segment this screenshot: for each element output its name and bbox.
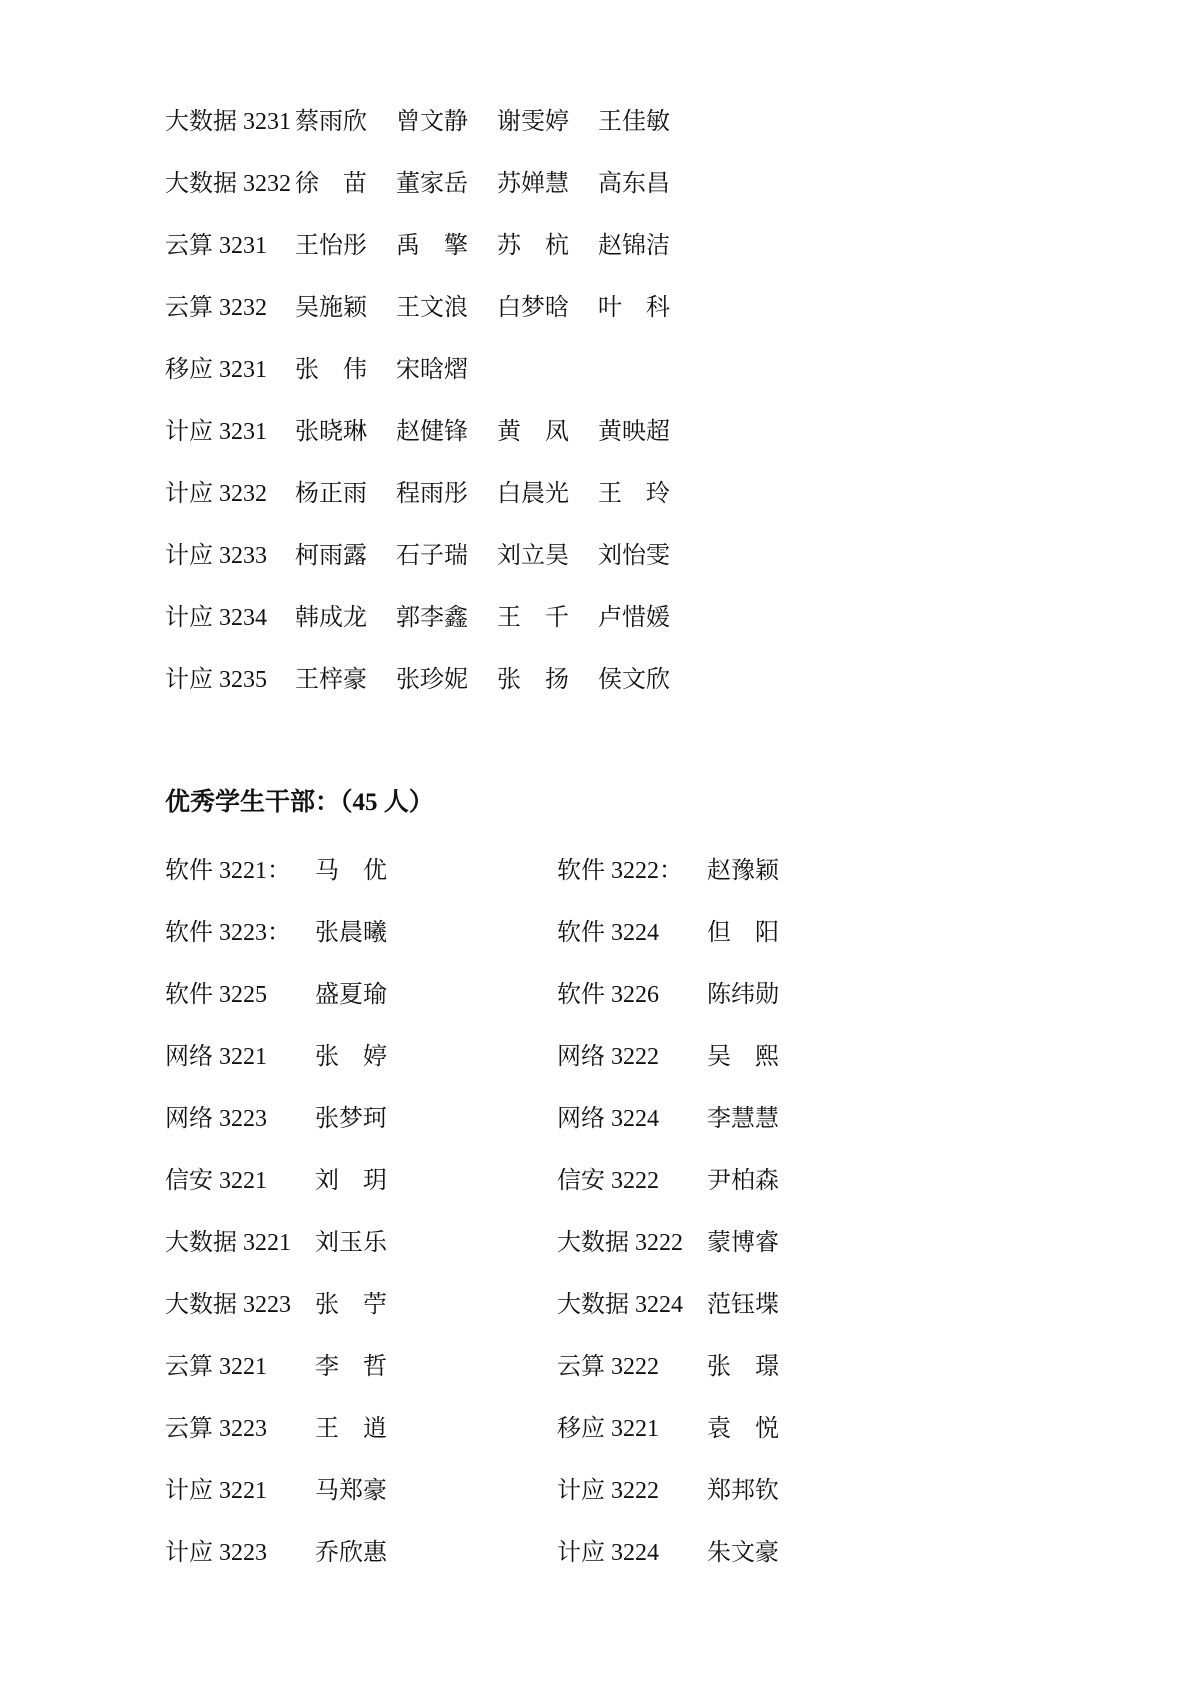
award-row: 计应 3233柯雨露石子瑞刘立昊刘怡雯 — [165, 521, 1065, 583]
student-name: 杨正雨 — [295, 473, 396, 508]
student-name: 蒙博睿 — [707, 1222, 779, 1257]
class-label: 大数据 3223 — [165, 1284, 315, 1319]
student-name: 王梓豪 — [295, 659, 396, 694]
class-label: 软件 3223： — [165, 912, 315, 947]
student-name: 高东昌 — [598, 163, 699, 198]
student-name: 黄映超 — [598, 411, 699, 446]
student-name: 张 璟 — [707, 1346, 779, 1381]
student-name: 张 苧 — [315, 1284, 387, 1319]
student-name: 盛夏瑜 — [315, 974, 387, 1009]
cadre-row: 云算 3223王 逍移应 3221袁 悦 — [165, 1394, 1115, 1456]
student-name: 王 逍 — [315, 1408, 387, 1443]
student-name: 张 婷 — [315, 1036, 387, 1071]
class-label: 大数据 3231 — [165, 101, 295, 136]
student-name: 赵健锋 — [396, 411, 497, 446]
cadre-cell-right: 大数据 3224范钰堞 — [557, 1284, 1115, 1319]
cadre-row: 网络 3223张梦珂网络 3224李慧慧 — [165, 1084, 1115, 1146]
class-label: 计应 3234 — [165, 597, 295, 632]
cadre-row: 计应 3221马郑豪计应 3222郑邦钦 — [165, 1456, 1115, 1518]
cadre-cell-right: 计应 3224朱文豪 — [557, 1532, 1115, 1567]
class-label: 大数据 3222 — [557, 1222, 707, 1257]
cadre-cell-left: 云算 3223王 逍 — [165, 1408, 557, 1443]
class-label: 大数据 3224 — [557, 1284, 707, 1319]
class-label: 软件 3226 — [557, 974, 707, 1009]
student-name: 朱文豪 — [707, 1532, 779, 1567]
cadre-row: 软件 3221：马 优软件 3222：赵豫颖 — [165, 836, 1115, 898]
cadre-cell-left: 软件 3221：马 优 — [165, 850, 557, 885]
class-label: 计应 3231 — [165, 411, 295, 446]
award-row: 大数据 3232徐 苗董家岳苏婵慧高东昌 — [165, 149, 1065, 211]
cadre-cell-right: 大数据 3222蒙博睿 — [557, 1222, 1115, 1257]
student-name: 袁 悦 — [707, 1408, 779, 1443]
class-label: 云算 3222 — [557, 1346, 707, 1381]
class-label: 计应 3222 — [557, 1470, 707, 1505]
section-heading-outstanding-student-cadres: 优秀学生干部：（45 人） — [165, 782, 434, 818]
cadre-row: 大数据 3221刘玉乐大数据 3222蒙博睿 — [165, 1208, 1115, 1270]
class-label: 计应 3232 — [165, 473, 295, 508]
cadre-cell-left: 软件 3225盛夏瑜 — [165, 974, 557, 1009]
cadre-row: 大数据 3223张 苧大数据 3224范钰堞 — [165, 1270, 1115, 1332]
class-label: 计应 3223 — [165, 1532, 315, 1567]
cadre-cell-left: 云算 3221李 哲 — [165, 1346, 557, 1381]
award-row: 计应 3232杨正雨程雨彤白晨光王 玲 — [165, 459, 1065, 521]
class-label: 云算 3223 — [165, 1408, 315, 1443]
student-name: 郭李鑫 — [396, 597, 497, 632]
student-name: 蔡雨欣 — [295, 101, 396, 136]
cadre-cell-left: 信安 3221刘 玥 — [165, 1160, 557, 1195]
student-name: 马郑豪 — [315, 1470, 387, 1505]
cadre-cell-right: 云算 3222张 璟 — [557, 1346, 1115, 1381]
cadre-cell-right: 网络 3224李慧慧 — [557, 1098, 1115, 1133]
cadre-cell-left: 网络 3221张 婷 — [165, 1036, 557, 1071]
class-label: 计应 3233 — [165, 535, 295, 570]
class-label: 软件 3224 — [557, 912, 707, 947]
cadre-cell-left: 软件 3223：张晨曦 — [165, 912, 557, 947]
class-label: 信安 3222 — [557, 1160, 707, 1195]
class-label: 大数据 3232 — [165, 163, 295, 198]
student-name: 陈纬勋 — [707, 974, 779, 1009]
student-name: 赵豫颖 — [707, 850, 779, 885]
cadre-row: 软件 3225盛夏瑜软件 3226陈纬勋 — [165, 960, 1115, 1022]
student-name: 张晓琳 — [295, 411, 396, 446]
cadre-row: 云算 3221李 哲云算 3222张 璟 — [165, 1332, 1115, 1394]
class-label: 信安 3221 — [165, 1160, 315, 1195]
student-name: 韩成龙 — [295, 597, 396, 632]
class-label: 云算 3232 — [165, 287, 295, 322]
student-name: 张梦珂 — [315, 1098, 387, 1133]
student-name: 郑邦钦 — [707, 1470, 779, 1505]
cadre-row: 计应 3223乔欣惠计应 3224朱文豪 — [165, 1518, 1115, 1580]
student-name: 王 千 — [497, 597, 598, 632]
class-label: 移应 3221 — [557, 1408, 707, 1443]
award-row: 大数据 3231蔡雨欣曾文静谢雯婷王佳敏 — [165, 87, 1065, 149]
student-name: 范钰堞 — [707, 1284, 779, 1319]
class-label: 网络 3222 — [557, 1036, 707, 1071]
student-name: 王怡彤 — [295, 225, 396, 260]
student-name: 王佳敏 — [598, 101, 699, 136]
award-row: 计应 3235王梓豪张珍妮张 扬侯文欣 — [165, 645, 1065, 707]
cadre-cell-right: 信安 3222尹柏森 — [557, 1160, 1115, 1195]
student-name: 石子瑞 — [396, 535, 497, 570]
student-name: 徐 苗 — [295, 163, 396, 198]
student-name: 白晨光 — [497, 473, 598, 508]
student-name: 卢惜媛 — [598, 597, 699, 632]
cadre-two-column-list: 软件 3221：马 优软件 3222：赵豫颖软件 3223：张晨曦软件 3224… — [165, 836, 1115, 1580]
student-name: 刘 玥 — [315, 1160, 387, 1195]
cadre-cell-left: 大数据 3223张 苧 — [165, 1284, 557, 1319]
award-row: 云算 3231王怡彤禹 擎苏 杭赵锦洁 — [165, 211, 1065, 273]
cadre-cell-right: 移应 3221袁 悦 — [557, 1408, 1115, 1443]
class-label: 计应 3235 — [165, 659, 295, 694]
student-name: 王 玲 — [598, 473, 699, 508]
student-name: 苏婵慧 — [497, 163, 598, 198]
award-row: 计应 3231张晓琳赵健锋黄 凤黄映超 — [165, 397, 1065, 459]
student-name: 谢雯婷 — [497, 101, 598, 136]
student-name: 张 伟 — [295, 349, 396, 384]
cadre-cell-left: 计应 3223乔欣惠 — [165, 1532, 557, 1567]
student-name: 柯雨露 — [295, 535, 396, 570]
class-label: 云算 3231 — [165, 225, 295, 260]
student-name: 宋晗熠 — [396, 349, 497, 384]
student-name: 苏 杭 — [497, 225, 598, 260]
cadre-row: 网络 3221张 婷网络 3222吴 熙 — [165, 1022, 1115, 1084]
class-label: 大数据 3221 — [165, 1222, 315, 1257]
class-label: 计应 3221 — [165, 1470, 315, 1505]
cadre-cell-left: 大数据 3221刘玉乐 — [165, 1222, 557, 1257]
cadre-cell-left: 计应 3221马郑豪 — [165, 1470, 557, 1505]
award-row: 云算 3232吴施颖王文浪白梦晗叶 科 — [165, 273, 1065, 335]
class-label: 软件 3221： — [165, 850, 315, 885]
student-name: 赵锦洁 — [598, 225, 699, 260]
student-name: 张 扬 — [497, 659, 598, 694]
cadre-row: 信安 3221刘 玥信安 3222尹柏森 — [165, 1146, 1115, 1208]
student-name: 曾文静 — [396, 101, 497, 136]
student-name: 禹 擎 — [396, 225, 497, 260]
cadre-cell-right: 网络 3222吴 熙 — [557, 1036, 1115, 1071]
student-name: 李 哲 — [315, 1346, 387, 1381]
student-name: 吴 熙 — [707, 1036, 779, 1071]
cadre-cell-right: 软件 3226陈纬勋 — [557, 974, 1115, 1009]
class-label: 计应 3224 — [557, 1532, 707, 1567]
class-label: 网络 3223 — [165, 1098, 315, 1133]
student-name: 刘玉乐 — [315, 1222, 387, 1257]
document-page: 大数据 3231蔡雨欣曾文静谢雯婷王佳敏大数据 3232徐 苗董家岳苏婵慧高东昌… — [0, 0, 1191, 1684]
award-name-list: 大数据 3231蔡雨欣曾文静谢雯婷王佳敏大数据 3232徐 苗董家岳苏婵慧高东昌… — [165, 87, 1065, 707]
cadre-cell-left: 网络 3223张梦珂 — [165, 1098, 557, 1133]
cadre-cell-right: 软件 3224但 阳 — [557, 912, 1115, 947]
student-name: 黄 凤 — [497, 411, 598, 446]
student-name: 马 优 — [315, 850, 387, 885]
student-name: 白梦晗 — [497, 287, 598, 322]
award-row: 移应 3231张 伟宋晗熠 — [165, 335, 1065, 397]
student-name: 侯文欣 — [598, 659, 699, 694]
student-name: 李慧慧 — [707, 1098, 779, 1133]
student-name: 刘立昊 — [497, 535, 598, 570]
student-name: 但 阳 — [707, 912, 779, 947]
class-label: 网络 3221 — [165, 1036, 315, 1071]
student-name: 刘怡雯 — [598, 535, 699, 570]
student-name: 董家岳 — [396, 163, 497, 198]
cadre-cell-right: 软件 3222：赵豫颖 — [557, 850, 1115, 885]
student-name: 乔欣惠 — [315, 1532, 387, 1567]
student-name: 叶 科 — [598, 287, 699, 322]
class-label: 移应 3231 — [165, 349, 295, 384]
student-name: 尹柏森 — [707, 1160, 779, 1195]
class-label: 软件 3225 — [165, 974, 315, 1009]
student-name: 吴施颖 — [295, 287, 396, 322]
student-name: 张晨曦 — [315, 912, 387, 947]
class-label: 云算 3221 — [165, 1346, 315, 1381]
class-label: 网络 3224 — [557, 1098, 707, 1133]
cadre-row: 软件 3223：张晨曦软件 3224但 阳 — [165, 898, 1115, 960]
award-row: 计应 3234韩成龙郭李鑫王 千卢惜媛 — [165, 583, 1065, 645]
student-name: 张珍妮 — [396, 659, 497, 694]
student-name: 程雨彤 — [396, 473, 497, 508]
student-name: 王文浪 — [396, 287, 497, 322]
cadre-cell-right: 计应 3222郑邦钦 — [557, 1470, 1115, 1505]
class-label: 软件 3222： — [557, 850, 707, 885]
